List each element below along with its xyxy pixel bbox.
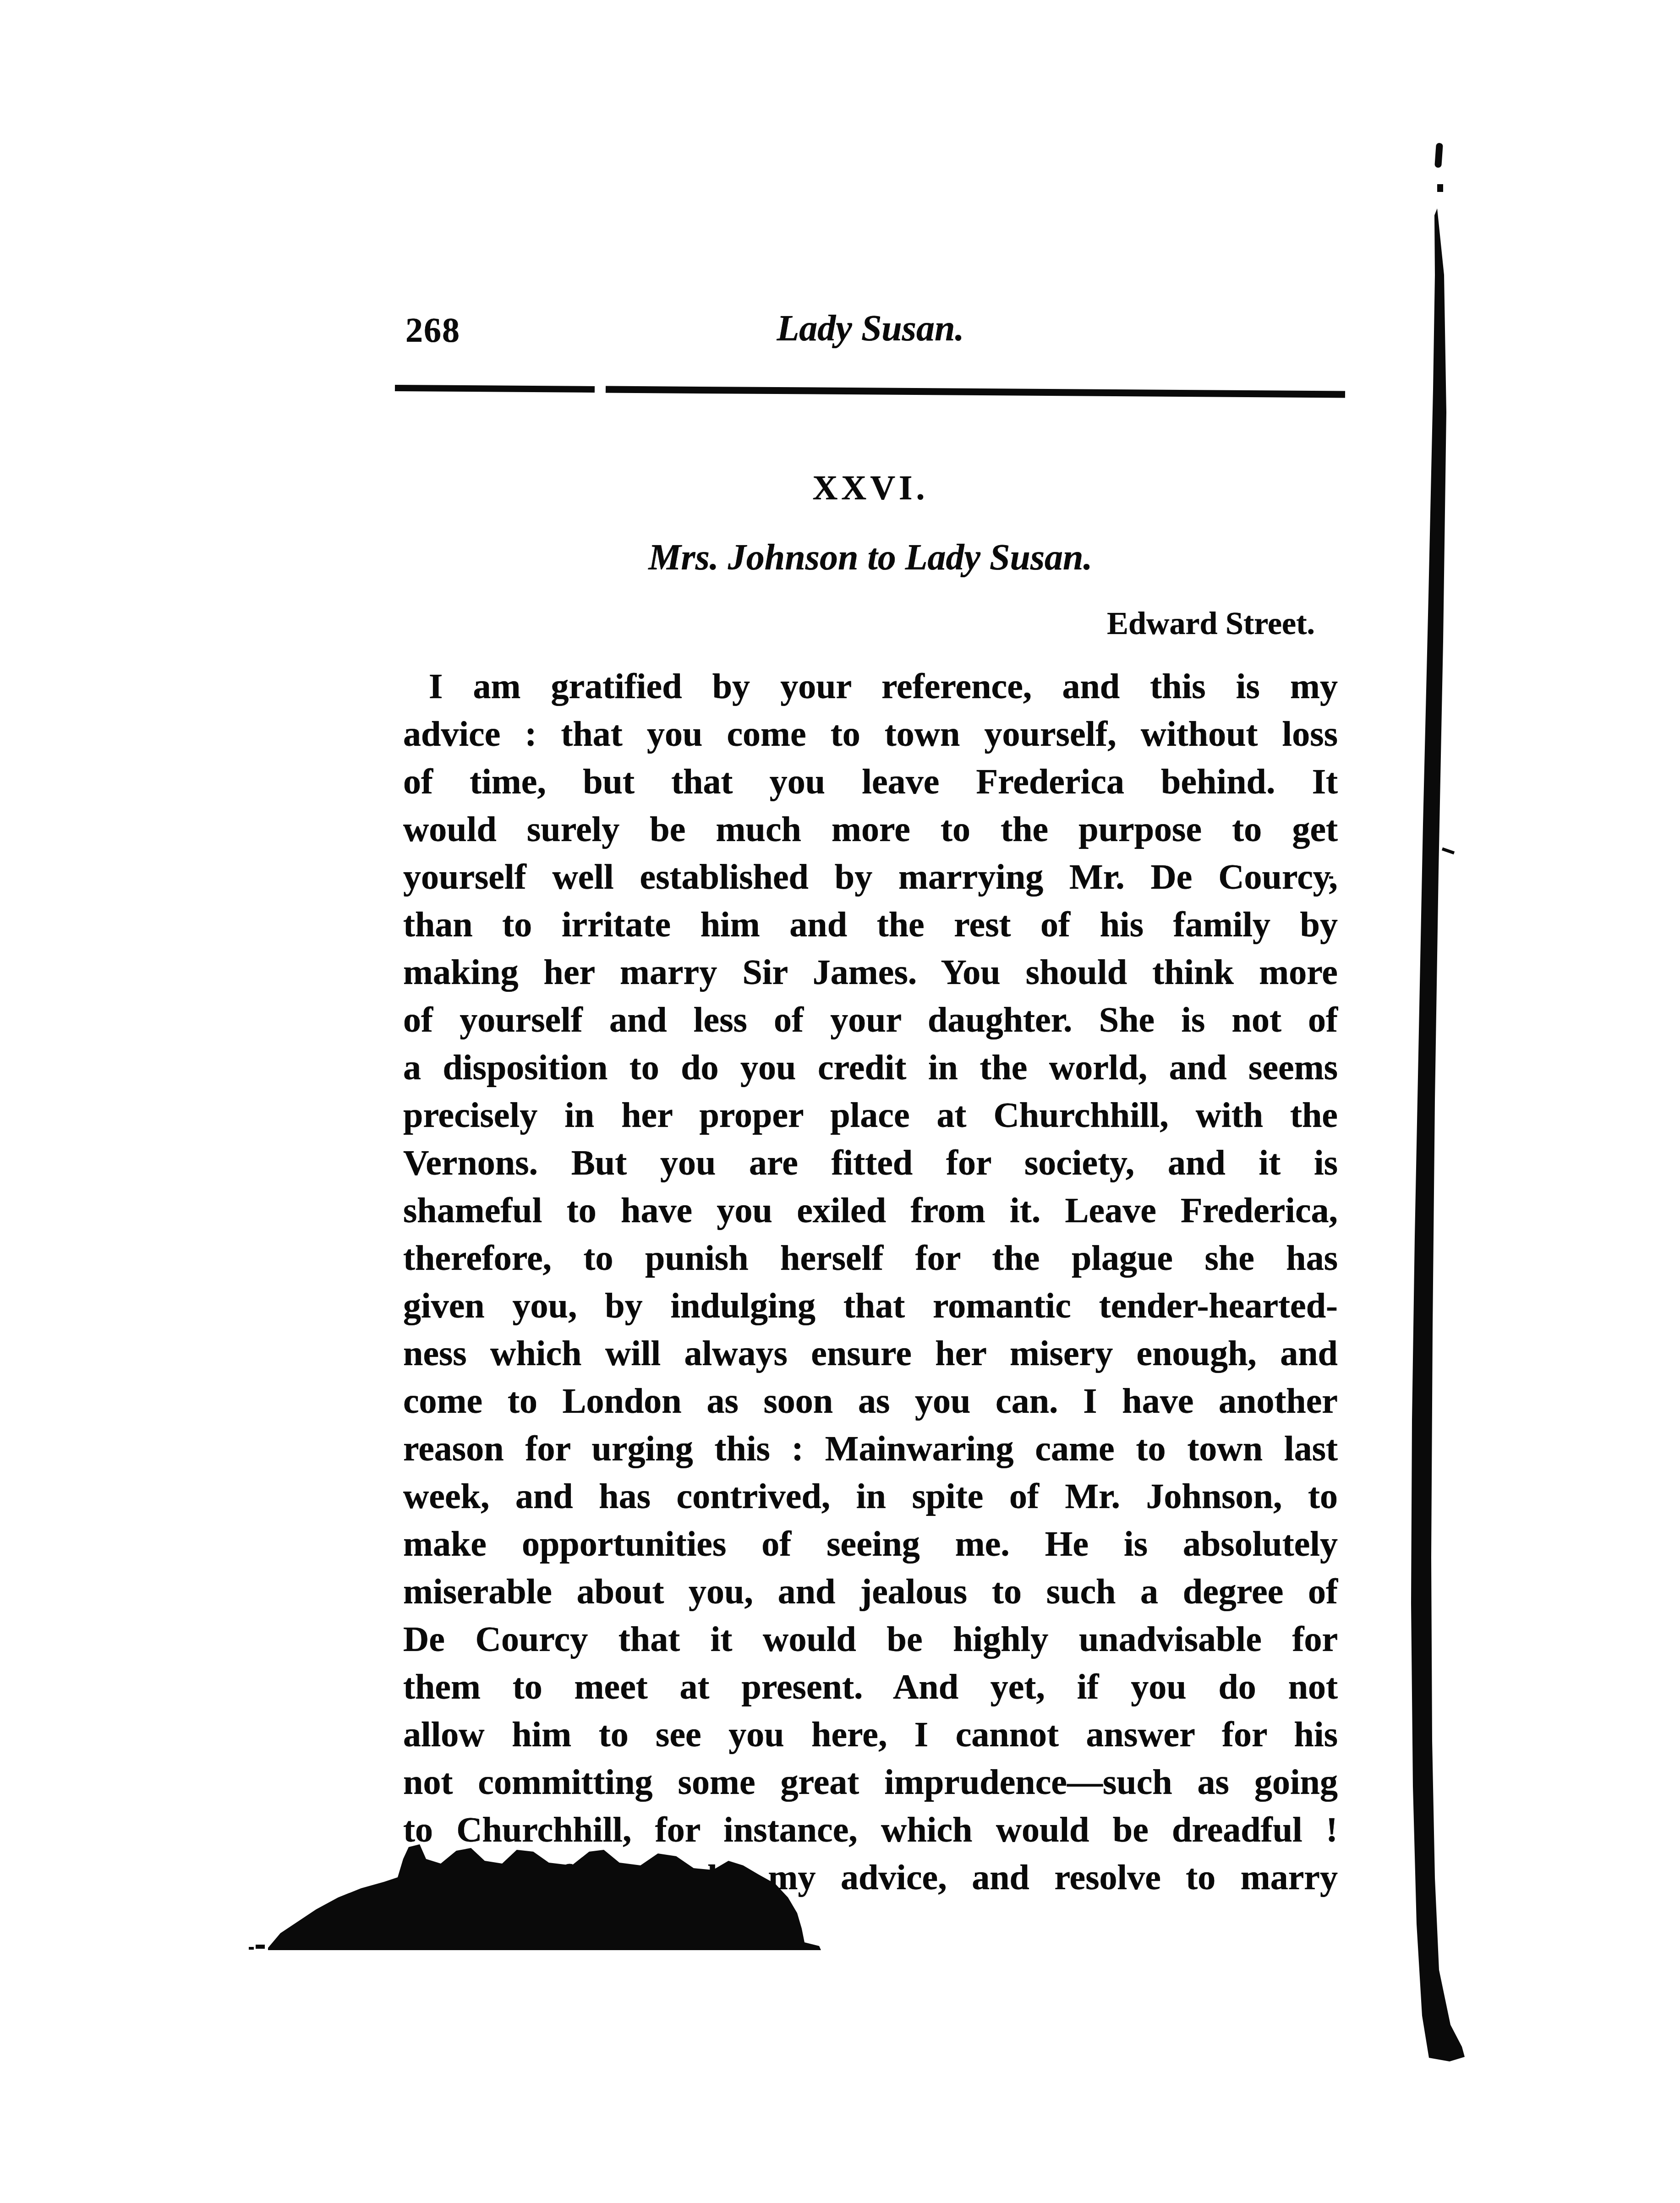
body-line: make opportunities of seeing me. He is a… [403,1520,1338,1568]
body-line: reason for urging this : Mainwaring came… [403,1425,1338,1472]
body-line: therefore, to punish herself for the pla… [403,1234,1338,1282]
body-line: than to irritate him and the rest of his… [403,901,1338,948]
letter-body: I am gratified by your reference, and th… [403,662,1338,1901]
chapter-heading: XXVI. [403,468,1338,508]
body-line: of yourself and less of your daughter. S… [403,996,1338,1044]
running-title: Lady Susan. [403,308,1338,350]
dateline: Edward Street. [403,606,1315,642]
body-line: a disposition to do you credit in the wo… [403,1044,1338,1091]
body-line: precisely in her proper place at Churchh… [403,1091,1338,1139]
body-line: Besides, if you take my advice, and reso… [403,1853,1338,1901]
body-line: making her marry Sir James. You should t… [403,948,1338,996]
body-line: come to London as soon as you can. I hav… [403,1377,1338,1425]
body-line: week, and has contrived, in spite of Mr.… [403,1472,1338,1520]
body-line: not committing some great imprudence—suc… [403,1758,1338,1806]
body-line: advice : that you come to town yourself,… [403,710,1338,758]
body-line: them to meet at present. And yet, if you… [403,1663,1338,1711]
body-line: I am gratified by your reference, and th… [403,662,1338,710]
body-line: given you, by indulging that romantic te… [403,1282,1338,1329]
body-line: miserable about you, and jealous to such… [403,1568,1338,1615]
letter-heading: Mrs. Johnson to Lady Susan. [403,537,1338,579]
body-line: shameful to have you exiled from it. Lea… [403,1186,1338,1234]
body-line: to Churchhill, for instance, which would… [403,1806,1338,1853]
body-line: Vernons. But you are fitted for society,… [403,1139,1338,1186]
body-line: yourself well established by marrying Mr… [403,853,1338,901]
book-page: 268 Lady Susan. XXVI. Mrs. Johnson to La… [0,0,1680,2203]
body-line: allow him to see you here, I cannot answ… [403,1711,1338,1758]
right-edge-ink-streak-icon [1328,143,1465,2061]
body-line: ness which will always ensure her misery… [403,1329,1338,1377]
body-line: would surely be much more to the purpose… [403,805,1338,853]
body-line: De Courcy that it would be highly unadvi… [403,1615,1338,1663]
body-line: of time, but that you leave Frederica be… [403,758,1338,805]
